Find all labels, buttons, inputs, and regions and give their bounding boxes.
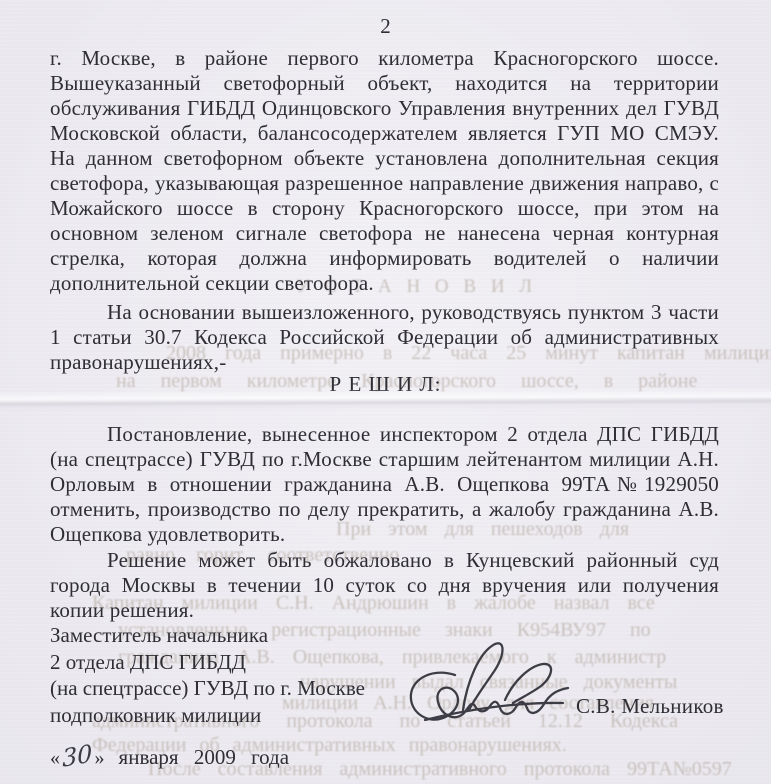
open-quote: « (50, 747, 60, 769)
handwritten-signature-icon (405, 630, 590, 745)
scanned-document-page: У С Т А Н О В И Л 2008 года примерно в 2… (0, 0, 771, 784)
signature-block: Заместитель начальника 2 отдела ДПС ГИБД… (50, 622, 390, 728)
body-paragraph-traffic-light: г. Москве, в районе первого километра Кр… (50, 46, 719, 296)
body-paragraph-legal-basis: На основании вышеизложенного, руководств… (50, 300, 719, 375)
date-text: января 2009 года (119, 745, 290, 769)
decision-paragraph: Постановление, вынесенное инспектором 2 … (50, 422, 719, 547)
signer-title-line: (на спецтрассе) ГУВД по г. Москве (50, 675, 390, 702)
signer-title-line: Заместитель начальника (50, 622, 390, 649)
signer-title-line: подполковник милиции (50, 702, 390, 729)
handwritten-day: 30 (62, 739, 93, 773)
appeal-paragraph: Решение может быть обжаловано в Кунцевск… (50, 548, 719, 623)
close-quote: » (95, 747, 105, 769)
date-line: «30»января 2009 года (50, 742, 289, 770)
signer-title-line: 2 отдела ДПС ГИБДД (50, 649, 390, 676)
signer-name: С.В. Мельников (576, 694, 724, 719)
page-number: 2 (0, 14, 771, 39)
decision-heading: Р Е Ш И Л: (0, 372, 771, 397)
